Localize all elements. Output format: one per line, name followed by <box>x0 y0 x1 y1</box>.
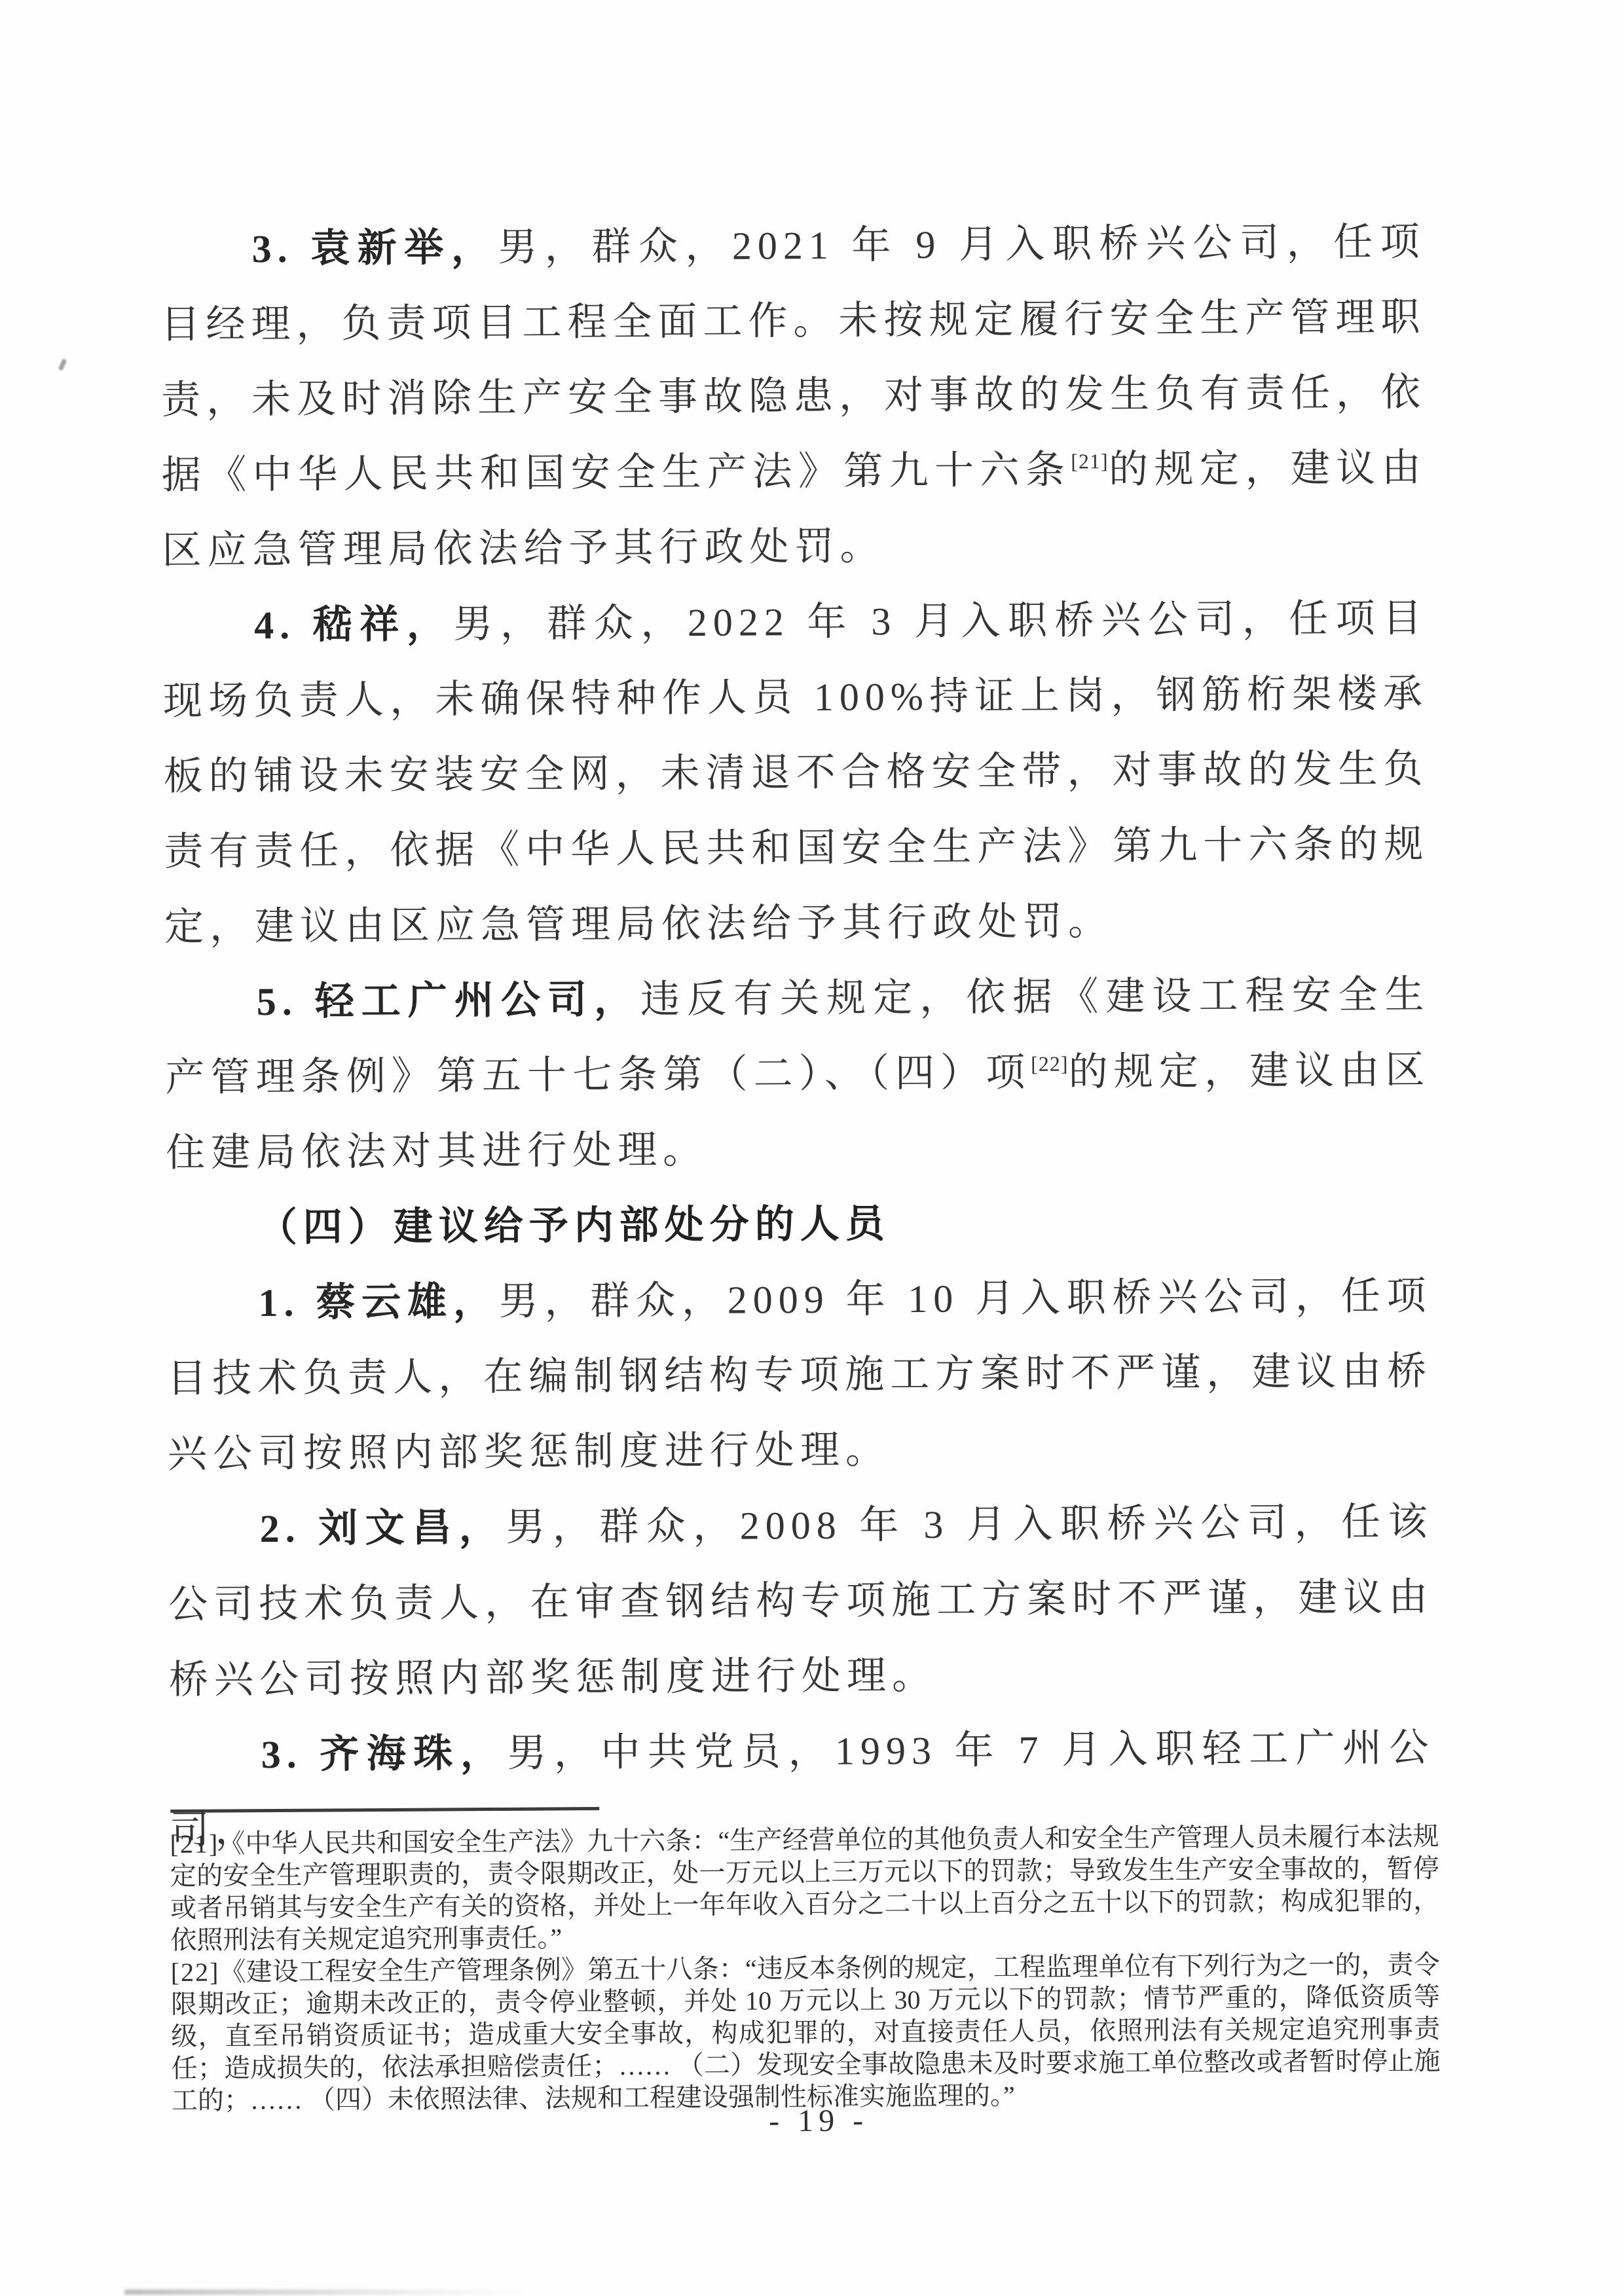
paragraph-number-and-name: 5. 轻工广州公司， <box>256 978 640 1024</box>
footnote-text-22: 《建设工程安全生产管理条例》第五十八条：“违反本条例的规定，工程监理单位有下列行… <box>171 1950 1441 2115</box>
footnote-marker-22: [22] <box>171 1958 220 1987</box>
scan-artifact-bottom-smudge <box>124 2289 530 2295</box>
section-heading-internal-discipline: （四）建议给予内部处分的人员 <box>166 1183 1431 1266</box>
paragraph-number-and-name: 2. 刘文昌， <box>259 1506 506 1550</box>
paragraph-text: 男，群众，2022 年 3 月入职桥兴公司，任项目现场负责人，未确保特种作人员 … <box>163 596 1430 949</box>
paragraph-number-and-name: 4. 嵇祥， <box>254 602 453 647</box>
paragraph-item-4-jixiang: 4. 嵇祥，男，群众，2022 年 3 月入职桥兴公司，任项目现场负责人，未确保… <box>162 581 1430 965</box>
footnotes-section: [21]《中华人民共和国安全生产法》九十六条：“生产经营单位的其他负责人和安全生… <box>170 1820 1441 2117</box>
footnote-item-22: [22]《建设工程安全生产管理条例》第五十八条：“违反本条例的规定，工程监理单位… <box>171 1948 1441 2117</box>
footnote-text-21: 《中华人民共和国安全生产法》九十六条：“生产经营单位的其他负责人和安全生产管理人… <box>170 1821 1440 1955</box>
paragraph-number-and-name: 3. 齐海珠， <box>261 1732 507 1776</box>
paragraph-item-1-caiyunxiong: 1. 蔡云雄，男，群众，2009 年 10 月入职桥兴公司，任项目技术负责人，在… <box>166 1258 1433 1492</box>
paragraph-item-2-liuwenchang: 2. 刘文昌，男，群众，2008 年 3 月入职桥兴公司，任该公司技术负责人，在… <box>168 1484 1434 1718</box>
footnote-ref-22: [22] <box>1031 1052 1069 1076</box>
scan-tilt-layer: 3. 袁新举，男，群众，2021 年 9 月入职桥兴公司，任项目经理，负责项目工… <box>0 0 1624 2296</box>
paragraph-item-3-yuanxinju: 3. 袁新举，男，群众，2021 年 9 月入职桥兴公司，任项目经理，负责项目工… <box>160 204 1427 589</box>
paragraph-number-and-name: 3. 袁新举， <box>251 226 498 270</box>
paragraph-number-and-name: 1. 蔡云雄， <box>258 1280 499 1324</box>
scanned-document-page: 3. 袁新举，男，群众，2021 年 9 月入职桥兴公司，任项目经理，负责项目工… <box>0 0 1624 2296</box>
paragraph-item-5-qinggong-company: 5. 轻工广州公司，违反有关规定，依据《建设工程安全生产管理条例》第五十七条第（… <box>164 957 1431 1191</box>
footnote-item-21: [21]《中华人民共和国安全生产法》九十六条：“生产经营单位的其他负责人和安全生… <box>170 1820 1439 1956</box>
document-body: 3. 袁新举，男，群众，2021 年 9 月入职桥兴公司，任项目经理，负责项目工… <box>160 204 1435 1868</box>
footnote-marker-21: [21] <box>170 1829 219 1859</box>
footnote-ref-21: [21] <box>1071 449 1109 473</box>
